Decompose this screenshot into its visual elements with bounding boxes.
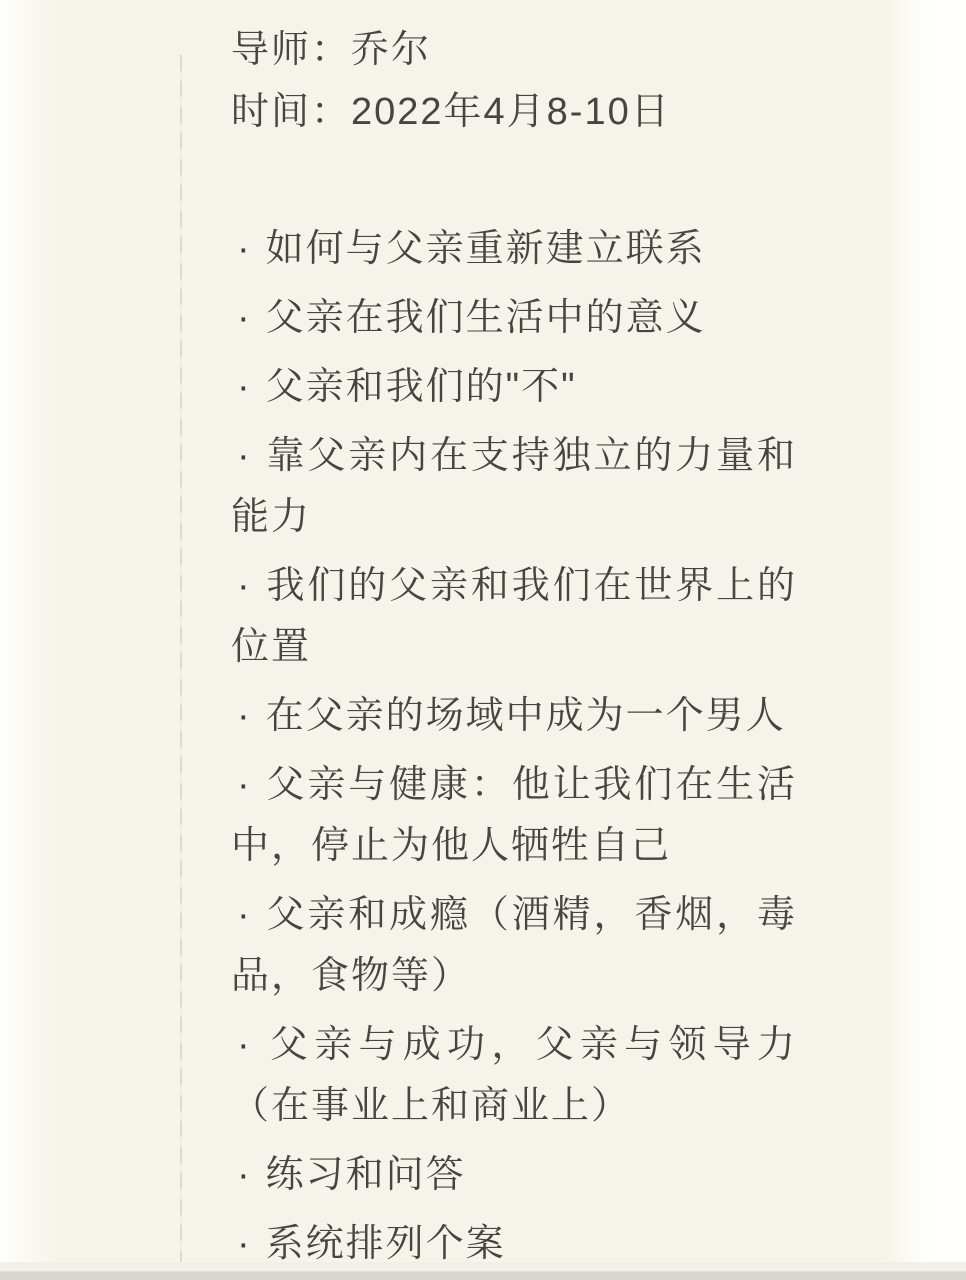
bullet-icon: ·	[237, 426, 252, 487]
list-item: ·父亲在我们生活中的意义	[231, 288, 797, 349]
document-content: 导师：乔尔 时间：2022年4月8-10日 ·如何与父亲重新建立联系·父亲在我们…	[231, 20, 797, 1280]
list-item-text: 父亲和成瘾（酒精，香烟，毒品，食物等）	[231, 894, 797, 997]
instructor-line: 导师：乔尔	[231, 20, 797, 81]
list-item: ·在父亲的场域中成为一个男人	[231, 686, 797, 747]
list-item: ·靠父亲内在支持独立的力量和能力	[231, 426, 797, 548]
list-item-text: 系统排列个案	[266, 1223, 506, 1265]
list-item-text: 父亲与健康：他让我们在生活中，停止为他人牺牲自己	[231, 764, 797, 867]
bullet-icon: ·	[237, 556, 252, 617]
list-item-text: 我们的父亲和我们在世界上的位置	[231, 565, 797, 668]
list-item-text: 父亲与成功，父亲与领导力（在事业上和商业上）	[231, 1024, 797, 1127]
page-fold-line	[180, 55, 182, 1270]
list-item: ·父亲和成瘾（酒精，香烟，毒品，食物等）	[231, 885, 797, 1007]
bullet-icon: ·	[237, 1015, 252, 1076]
bullet-icon: ·	[237, 288, 252, 349]
page-background: 导师：乔尔 时间：2022年4月8-10日 ·如何与父亲重新建立联系·父亲在我们…	[0, 0, 966, 1280]
list-item: ·父亲和我们的"不"	[231, 357, 797, 418]
right-edge-strip	[884, 0, 966, 1280]
bullet-icon: ·	[237, 885, 252, 946]
bullet-icon: ·	[237, 1145, 252, 1206]
bullet-icon: ·	[237, 755, 252, 816]
bullet-icon: ·	[237, 219, 252, 280]
time-line: 时间：2022年4月8-10日	[231, 82, 797, 143]
list-item-text: 父亲和我们的"不"	[266, 366, 577, 408]
list-item-text: 在父亲的场域中成为一个男人	[266, 695, 786, 737]
topics-list: ·如何与父亲重新建立联系·父亲在我们生活中的意义·父亲和我们的"不"·靠父亲内在…	[231, 219, 797, 1275]
bullet-icon: ·	[237, 357, 252, 418]
list-item-text: 练习和问答	[266, 1154, 466, 1196]
bottom-edge-bar	[0, 1271, 966, 1280]
left-edge-highlight	[0, 0, 58, 1280]
bullet-icon: ·	[237, 686, 252, 747]
list-item: ·我们的父亲和我们在世界上的位置	[231, 556, 797, 678]
list-item-text: 如何与父亲重新建立联系	[266, 228, 706, 270]
list-item: ·练习和问答	[231, 1145, 797, 1206]
list-item-text: 父亲在我们生活中的意义	[266, 297, 706, 339]
list-item: ·父亲与成功，父亲与领导力（在事业上和商业上）	[231, 1015, 797, 1137]
list-item: ·父亲与健康：他让我们在生活中，停止为他人牺牲自己	[231, 755, 797, 877]
list-item-text: 靠父亲内在支持独立的力量和能力	[231, 435, 797, 538]
list-item: ·如何与父亲重新建立联系	[231, 219, 797, 280]
